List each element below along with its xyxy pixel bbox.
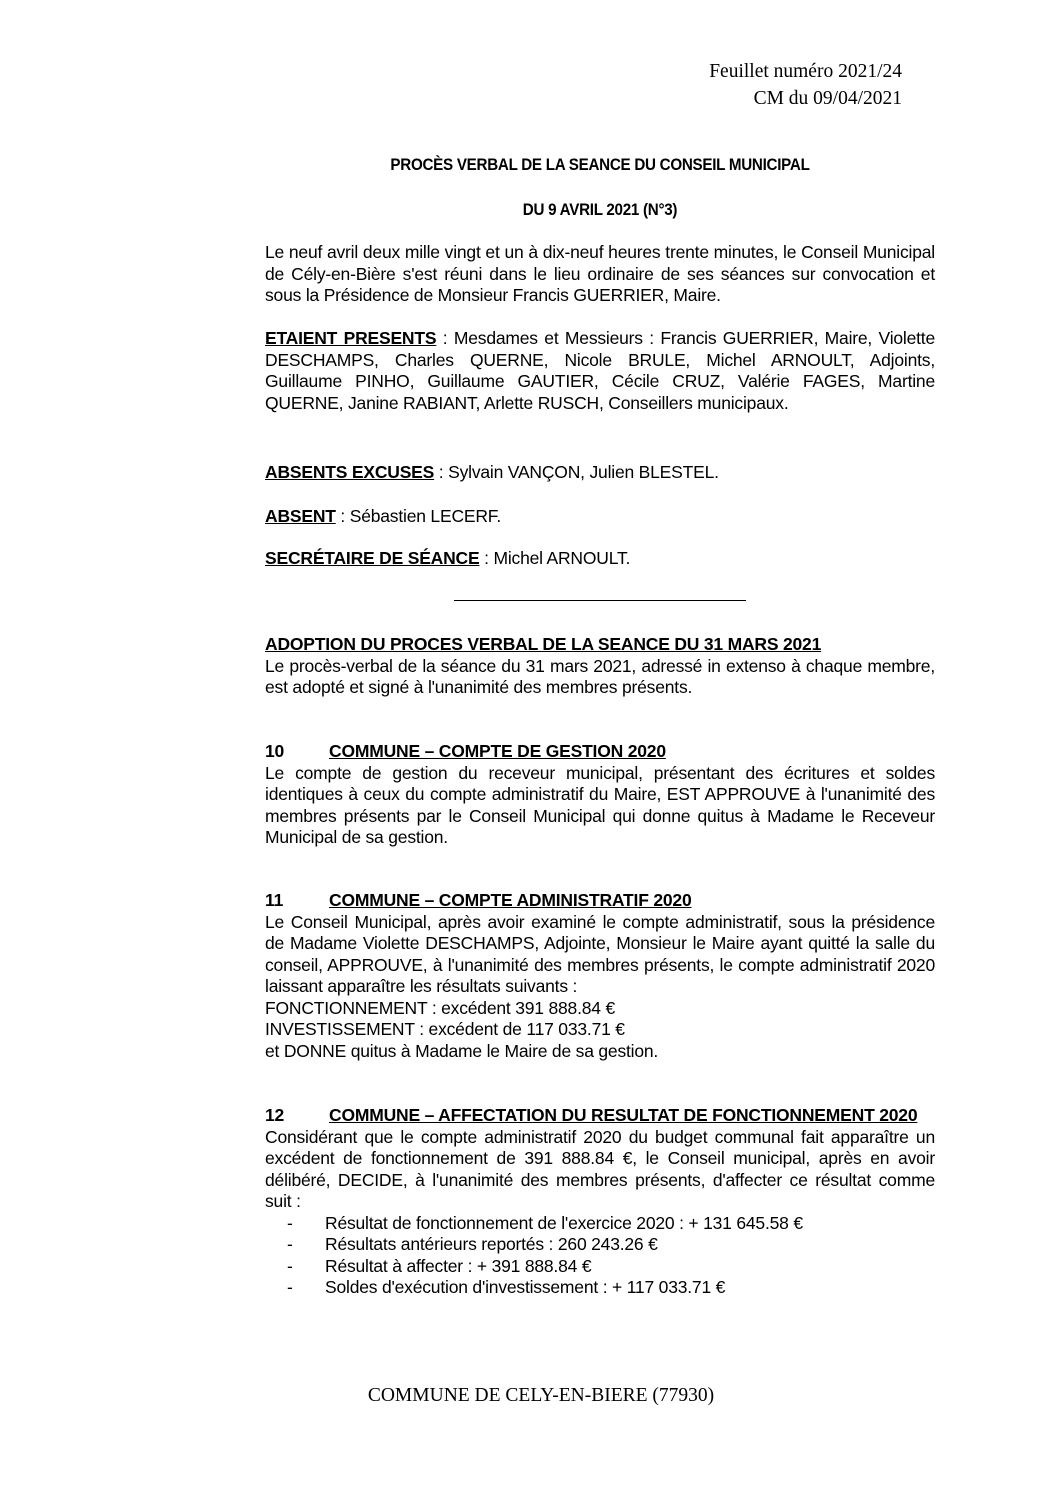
section-text: Le compte de gestion du receveur municip… xyxy=(265,763,935,849)
excuses-label: ABSENTS EXCUSES xyxy=(265,462,434,482)
list-item: -Résultat à affecter : + 391 888.84 € xyxy=(265,1256,935,1278)
section-divider xyxy=(454,600,746,601)
section-number: 10 xyxy=(265,741,329,763)
section-10: 10 COMMUNE – COMPTE DE GESTION 2020 Le c… xyxy=(265,741,935,849)
presents-label: ETAIENT PRESENTS xyxy=(265,328,436,348)
sheet-reference: Feuillet numéro 2021/24 CM du 09/04/2021 xyxy=(709,58,902,112)
section-heading: COMMUNE – COMPTE ADMINISTRATIF 2020 xyxy=(329,890,935,912)
intro-paragraph: Le neuf avril deux mille vingt et un à d… xyxy=(265,242,935,307)
section-11: 11 COMMUNE – COMPTE ADMINISTRATIF 2020 L… xyxy=(265,890,935,1062)
secretary-name: : Michel ARNOULT. xyxy=(479,548,630,568)
attendees-present: ETAIENT PRESENTS : Mesdames et Messieurs… xyxy=(265,328,935,414)
section-number: 11 xyxy=(265,890,329,912)
session-secretary: SECRÉTAIRE DE SÉANCE : Michel ARNOULT. xyxy=(265,548,935,570)
absents-excused: ABSENTS EXCUSES : Sylvain VANÇON, Julien… xyxy=(265,462,935,484)
list-item: -Résultat de fonctionnement de l'exercic… xyxy=(265,1213,935,1235)
document-subtitle: DU 9 AVRIL 2021 (N°3) xyxy=(292,201,908,220)
adoption-text: Le procès-verbal de la séance du 31 mars… xyxy=(265,656,935,699)
section-text: Le Conseil Municipal, après avoir examin… xyxy=(265,912,935,998)
absent-list: : Sébastien LECERF. xyxy=(336,506,501,526)
document-title: PROCÈS VERBAL DE LA SEANCE DU CONSEIL MU… xyxy=(292,156,908,175)
secretary-label: SECRÉTAIRE DE SÉANCE xyxy=(265,548,479,568)
result-line: INVESTISSEMENT : excédent de 117 033.71 … xyxy=(265,1019,935,1041)
excuses-list: : Sylvain VANÇON, Julien BLESTEL. xyxy=(434,462,719,482)
section-12: 12 COMMUNE – AFFECTATION DU RESULTAT DE … xyxy=(265,1105,935,1299)
allocation-list: -Résultat de fonctionnement de l'exercic… xyxy=(265,1213,935,1299)
sheet-number: Feuillet numéro 2021/24 xyxy=(709,58,902,85)
section-text: Considérant que le compte administratif … xyxy=(265,1127,935,1213)
result-line: FONCTIONNEMENT : excédent 391 888.84 € xyxy=(265,998,935,1020)
absent-label: ABSENT xyxy=(265,506,336,526)
adoption-heading: ADOPTION DU PROCES VERBAL DE LA SEANCE D… xyxy=(265,634,935,656)
section-heading: COMMUNE – AFFECTATION DU RESULTAT DE FON… xyxy=(329,1105,935,1127)
page-footer: COMMUNE DE CELY-EN-BIERE (77930) xyxy=(0,1385,1058,1407)
absent: ABSENT : Sébastien LECERF. xyxy=(265,506,935,528)
section-number: 12 xyxy=(265,1105,329,1127)
document-page: Feuillet numéro 2021/24 CM du 09/04/2021… xyxy=(0,0,1058,1497)
list-item: -Soldes d'exécution d'investissement : +… xyxy=(265,1277,935,1299)
section-heading: COMMUNE – COMPTE DE GESTION 2020 xyxy=(329,741,935,763)
result-line: et DONNE quitus à Madame le Maire de sa … xyxy=(265,1041,935,1063)
adoption-section: ADOPTION DU PROCES VERBAL DE LA SEANCE D… xyxy=(265,634,935,699)
list-item: -Résultats antérieurs reportés : 260 243… xyxy=(265,1234,935,1256)
meeting-date: CM du 09/04/2021 xyxy=(709,85,902,112)
